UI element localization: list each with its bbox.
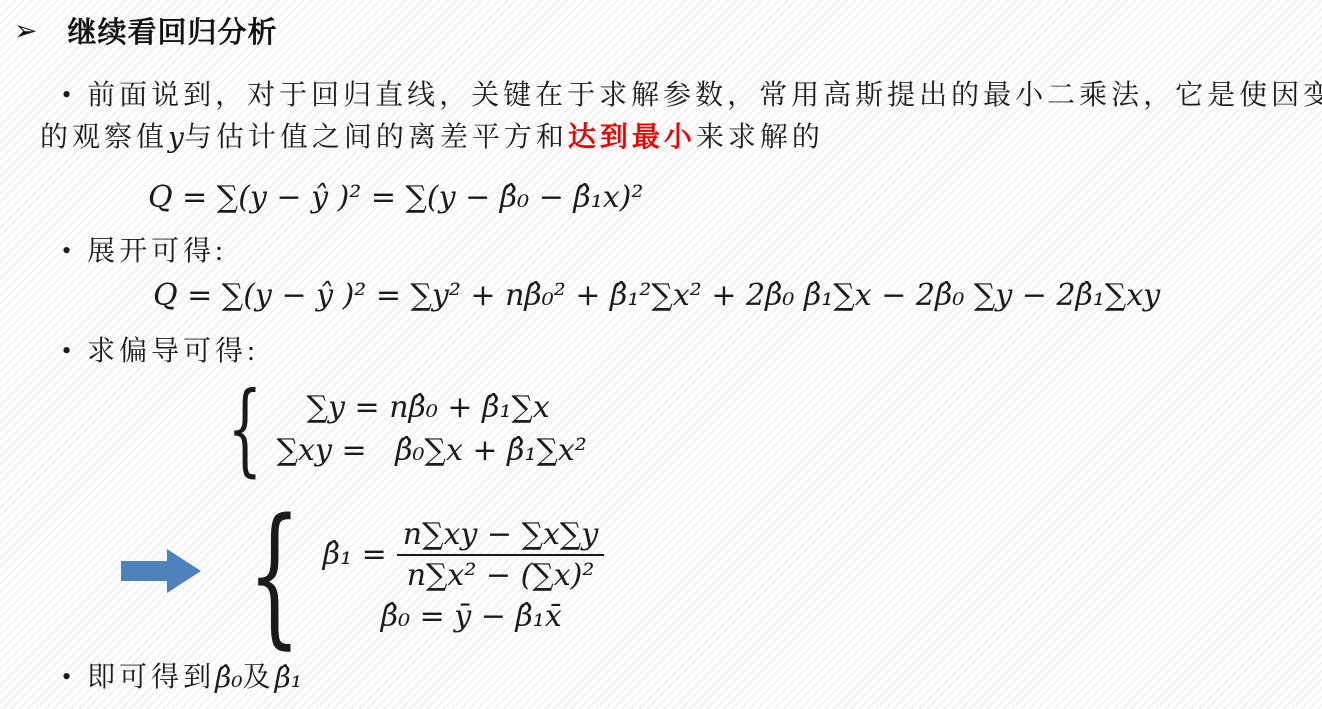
formula-q-definition: Q = ∑(y − ŷ )² = ∑(y − β̂₀ − β̂₁x)² (148, 180, 643, 215)
bullet-dot: • (62, 332, 71, 370)
left-brace: { (248, 499, 301, 651)
arrowhead-bullet-icon: ➢ (14, 17, 37, 45)
normal-equation-1: ∑y = nβ̂₀ + β̂₁∑x (277, 390, 587, 425)
paragraph-text: 前面说到，对于回归直线，关键在于求解参数，常用高斯提出的最小二乘法，它是使因变量 (87, 76, 1322, 117)
page-title: 继续看回归分析 (67, 10, 277, 51)
paragraph-text: 即可得到 (87, 658, 215, 699)
fraction-denominator: n∑x² − (∑x)² (397, 556, 605, 593)
equation-system-normal: { ∑y = nβ̂₀ + β̂₁∑x ∑xy = β̂₀∑x + β̂₁∑x² (213, 380, 587, 478)
paragraph-text: 展开可得: (87, 232, 227, 273)
system-equations: β̂₁ = n∑xy − ∑x∑y n∑x² − (∑x)² β̂₀ = ȳ −… (323, 517, 605, 634)
beta1-hat: β̂₁ (275, 658, 302, 699)
blue-arrow-shape (121, 549, 201, 593)
normal-equation-2: ∑xy = β̂₀∑x + β̂₁∑x² (277, 433, 587, 468)
title-row: ➢ 继续看回归分析 (14, 10, 277, 51)
beta0-equation: β̂₀ = ȳ − β̂₁x̄ (381, 599, 605, 634)
bullet-dot: • (62, 76, 71, 114)
fraction: n∑xy − ∑x∑y n∑x² − (∑x)² (397, 517, 605, 593)
formula-q-expanded: Q = ∑(y − ŷ )² = ∑y² + nβ̂₀² + β̂₁²∑x² +… (153, 278, 1160, 313)
bullet-2: • 展开可得: (62, 232, 227, 273)
bullet-4: • 即可得到β̂₀及β̂₁ (62, 658, 302, 699)
fraction-numerator: n∑xy − ∑x∑y (397, 517, 605, 556)
bullet-1-line-2: 的观察值y与估计值之间的离差平方和达到最小来求解的 (40, 118, 824, 159)
beta1-equation: β̂₁ = n∑xy − ∑x∑y n∑x² − (∑x)² (323, 517, 605, 593)
blue-arrow-icon (121, 549, 201, 593)
bullet-dot: • (62, 658, 71, 696)
left-brace: { (227, 379, 262, 479)
beta1-lhs: β̂₁ = (323, 537, 387, 572)
paragraph-text: 的观察值 (40, 118, 168, 159)
paragraph-text: 求偏导可得: (87, 332, 259, 373)
bullet-dot: • (62, 232, 71, 270)
paragraph-text: 来求解的 (696, 118, 824, 159)
paragraph-text: 与估计值之间的离差平方和 (184, 118, 568, 159)
system-equations: ∑y = nβ̂₀ + β̂₁∑x ∑xy = β̂₀∑x + β̂₁∑x² (277, 390, 587, 468)
highlight-text-red: 达到最小 (568, 118, 696, 159)
var-y: y (168, 118, 184, 159)
equation-system-solution: { β̂₁ = n∑xy − ∑x∑y n∑x² − (∑x)² β̂₀ = ȳ… (226, 500, 604, 650)
bullet-3: • 求偏导可得: (62, 332, 259, 373)
paragraph-text: 及 (243, 658, 275, 699)
bullet-1-line-1: • 前面说到，对于回归直线，关键在于求解参数，常用高斯提出的最小二乘法，它是使因… (62, 76, 1322, 117)
beta0-hat: β̂₀ (215, 658, 242, 699)
slide: ➢ 继续看回归分析 • 前面说到，对于回归直线，关键在于求解参数，常用高斯提出的… (0, 0, 1322, 709)
